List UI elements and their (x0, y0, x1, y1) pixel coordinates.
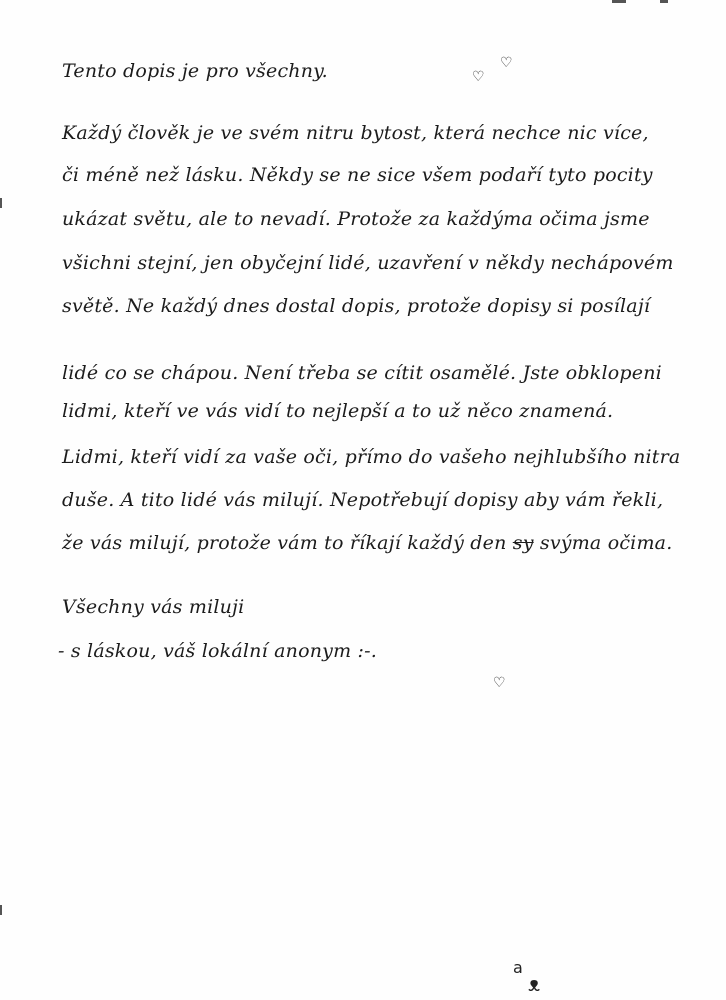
letter-line: Lidmi, kteří vidí za vaše oči, přímo do … (62, 446, 680, 468)
scan-artifact (612, 0, 626, 3)
letter-line: lidé co se chápou. Není třeba se cítit o… (62, 362, 662, 384)
scan-artifact (660, 0, 668, 3)
scan-artifact (0, 905, 2, 915)
letter-greeting: Tento dopis je pro všechny. (62, 60, 328, 82)
scan-artifact (0, 198, 2, 208)
letter-line: všichni stejní, jen obyčejní lidé, uzavř… (62, 252, 674, 274)
heart-icon: ♡ (472, 70, 486, 84)
letter-line: ukázat světu, ale to nevadí. Protože za … (62, 208, 650, 230)
doodle-icon: ᴥ (528, 972, 540, 997)
heart-icon: ♡ (500, 56, 514, 70)
letter-line: lidmi, kteří ve vás vidí to nejlepší a t… (62, 400, 613, 422)
letter-line: Každý člověk je ve svém nitru bytost, kt… (62, 122, 649, 144)
letter-line: či méně než lásku. Někdy se ne sice všem… (62, 164, 653, 186)
letter-line: duše. A tito lidé vás milují. Nepotřebuj… (62, 489, 663, 511)
struck-text: sy (513, 532, 534, 554)
letter-signature: - s láskou, váš lokální anonym :-. (58, 640, 377, 662)
heart-icon: ♡ (493, 676, 507, 690)
letter-line: světě. Ne každý dnes dostal dopis, proto… (62, 295, 650, 317)
letter-text: svýma očima. (534, 532, 673, 554)
letter-line: že vás milují, protože vám to říkají kaž… (62, 532, 672, 554)
doodle-letter: a (513, 958, 523, 977)
letter-closing: Všechny vás miluji (62, 596, 244, 618)
letter-text: že vás milují, protože vám to říkají kaž… (62, 532, 513, 554)
scanned-letter-page: Tento dopis je pro všechny. ♡ ♡ Každý čl… (0, 0, 726, 1000)
